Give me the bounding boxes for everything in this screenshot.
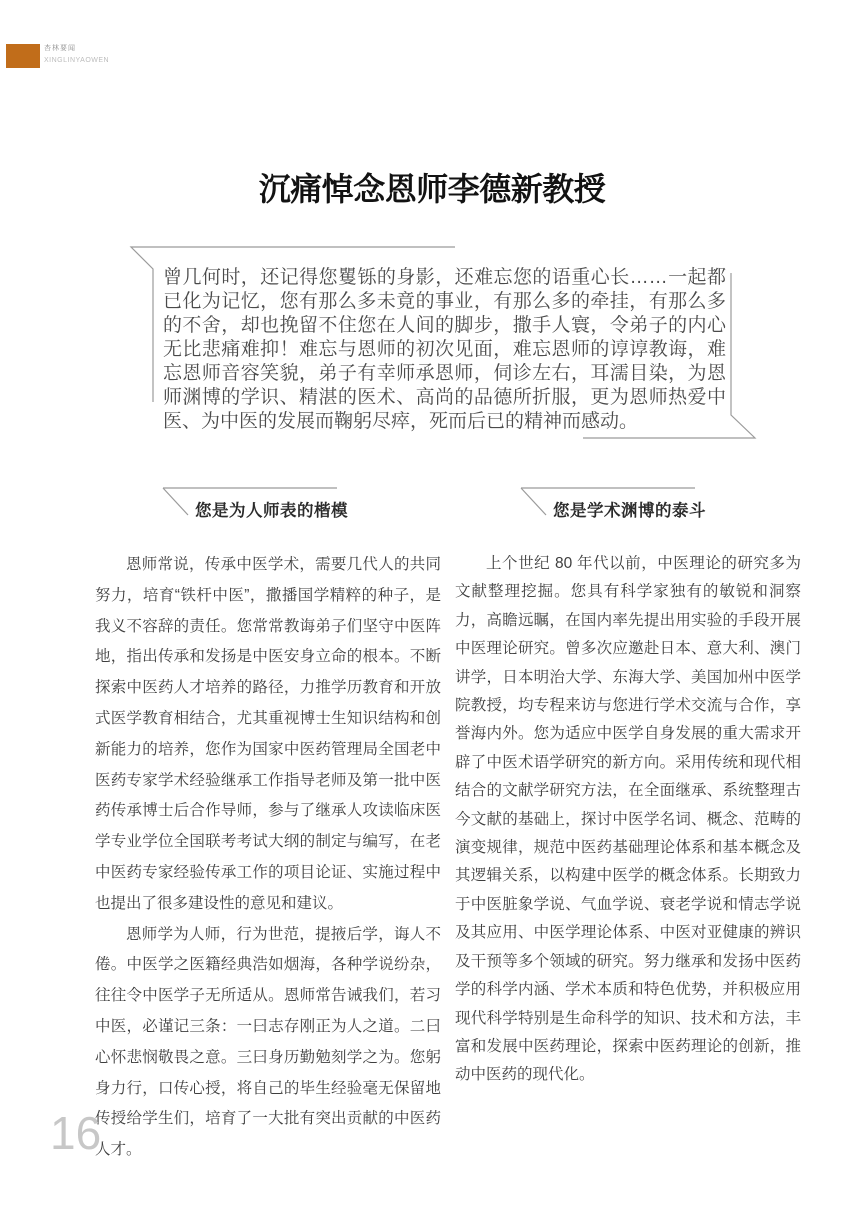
magazine-page: 杏林要闻 XINGLINYAOWEN 沉痛悼念恩师李德新教授 曾几何时，还记得您… — [0, 0, 864, 1216]
section-heading-text: 您是为人师表的楷模 — [195, 497, 348, 521]
paragraph: 恩师常说，传承中医学术，需要几代人的共同努力，培育“铁杆中医”，撒播国学精粹的种… — [95, 550, 441, 920]
page-number: 16 — [50, 1106, 101, 1160]
lead-quote: 曾几何时，还记得您矍铄的身影，还难忘您的语重心长……一起都已化为记忆，您有那么多… — [163, 266, 726, 434]
section-heading-right: 您是学术渊博的泰斗 — [519, 486, 699, 520]
section-heading-text: 您是学术渊博的泰斗 — [553, 497, 706, 521]
section-heading-left: 您是为人师表的楷模 — [161, 486, 341, 520]
article-title: 沉痛悼念恩师李德新教授 — [0, 164, 864, 210]
masthead-logo-mark — [6, 44, 40, 68]
masthead-category: 杏林要闻 — [44, 45, 109, 52]
masthead-category-roman: XINGLINYAOWEN — [44, 57, 109, 64]
masthead: 杏林要闻 XINGLINYAOWEN — [44, 45, 109, 64]
paragraph: 恩师学为人师，行为世范，提掖后学，诲人不倦。中医学之医籍经典浩如烟海，各种学说纷… — [95, 920, 441, 1166]
column-left: 恩师常说，传承中医学术，需要几代人的共同努力，培育“铁杆中医”，撒播国学精粹的种… — [95, 550, 441, 1166]
paragraph: 上个世纪 80 年代以前，中医理论的研究多为文献整理挖掘。您具有科学家独有的敏锐… — [455, 550, 801, 1090]
column-right: 上个世纪 80 年代以前，中医理论的研究多为文献整理挖掘。您具有科学家独有的敏锐… — [455, 550, 801, 1090]
